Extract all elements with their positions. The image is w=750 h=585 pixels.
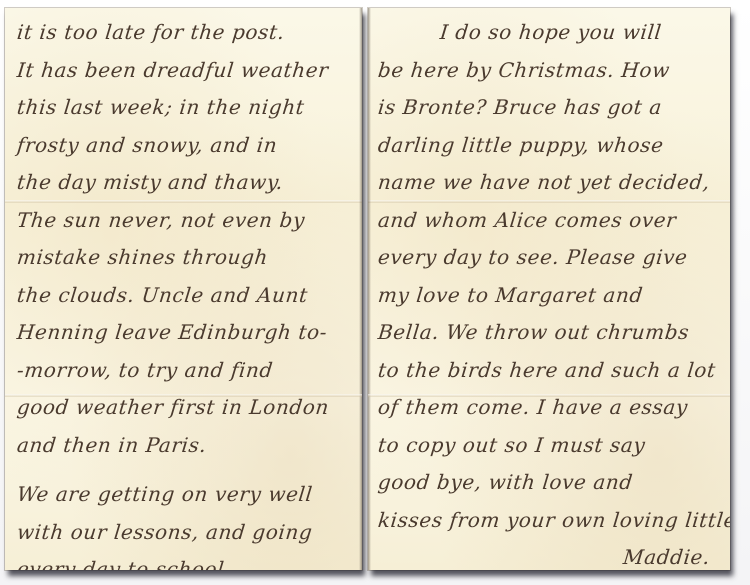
text-line: every day to see. Please give — [376, 239, 726, 277]
text-line: darling little puppy, whose — [376, 127, 726, 165]
text-line: Bella. We throw out chrumbs — [376, 314, 726, 352]
text-line: The sun never, not even by — [15, 202, 358, 240]
text-line: with our lessons, and going — [15, 514, 358, 552]
letter-page-right: I do so hope you will be here by Christm… — [368, 8, 730, 570]
text-line: this last week; in the night — [15, 89, 358, 127]
text-line: it is too late for the post. — [15, 14, 358, 52]
text-line: good bye, with love and — [376, 464, 726, 502]
text-line: is Bronte? Bruce has got a — [376, 89, 726, 127]
text-line: and then in Paris. — [15, 427, 358, 465]
text-line: kisses from your own loving little — [376, 502, 726, 540]
letter-scan: it is too late for the post. It has been… — [0, 0, 750, 585]
text-line: be here by Christmas. How — [376, 52, 726, 90]
text-line: every day to school. — [15, 551, 358, 570]
text-line: good weather first in London — [15, 389, 358, 427]
page-edge-shadow — [368, 8, 371, 570]
text-line: the day misty and thawy. — [15, 164, 358, 202]
text-line: -morrow, to try and find — [15, 352, 358, 390]
text-line: to the birds here and such a lot — [376, 352, 726, 390]
text-line: I do so hope you will — [376, 14, 726, 52]
text-line: mistake shines through — [15, 239, 358, 277]
text-line: frosty and snowy, and in — [15, 127, 358, 165]
page-edge-shadow — [359, 8, 362, 570]
text-line: We are getting on very well — [15, 476, 358, 514]
signature: Maddie. — [376, 539, 726, 570]
text-line: Henning leave Edinburgh to- — [15, 314, 358, 352]
text-line: the clouds. Uncle and Aunt — [15, 277, 358, 315]
text-line: and whom Alice comes over — [376, 202, 726, 240]
letter-page-left: it is too late for the post. It has been… — [5, 8, 362, 570]
text-line: of them come. I have a essay — [376, 389, 726, 427]
page-text-left: it is too late for the post. It has been… — [17, 14, 356, 570]
text-line: It has been dreadful weather — [15, 52, 358, 90]
text-line: name we have not yet decided, — [376, 164, 726, 202]
page-text-right: I do so hope you will be here by Christm… — [378, 14, 724, 570]
text-line: to copy out so I must say — [376, 427, 726, 465]
text-line: my love to Margaret and — [376, 277, 726, 315]
